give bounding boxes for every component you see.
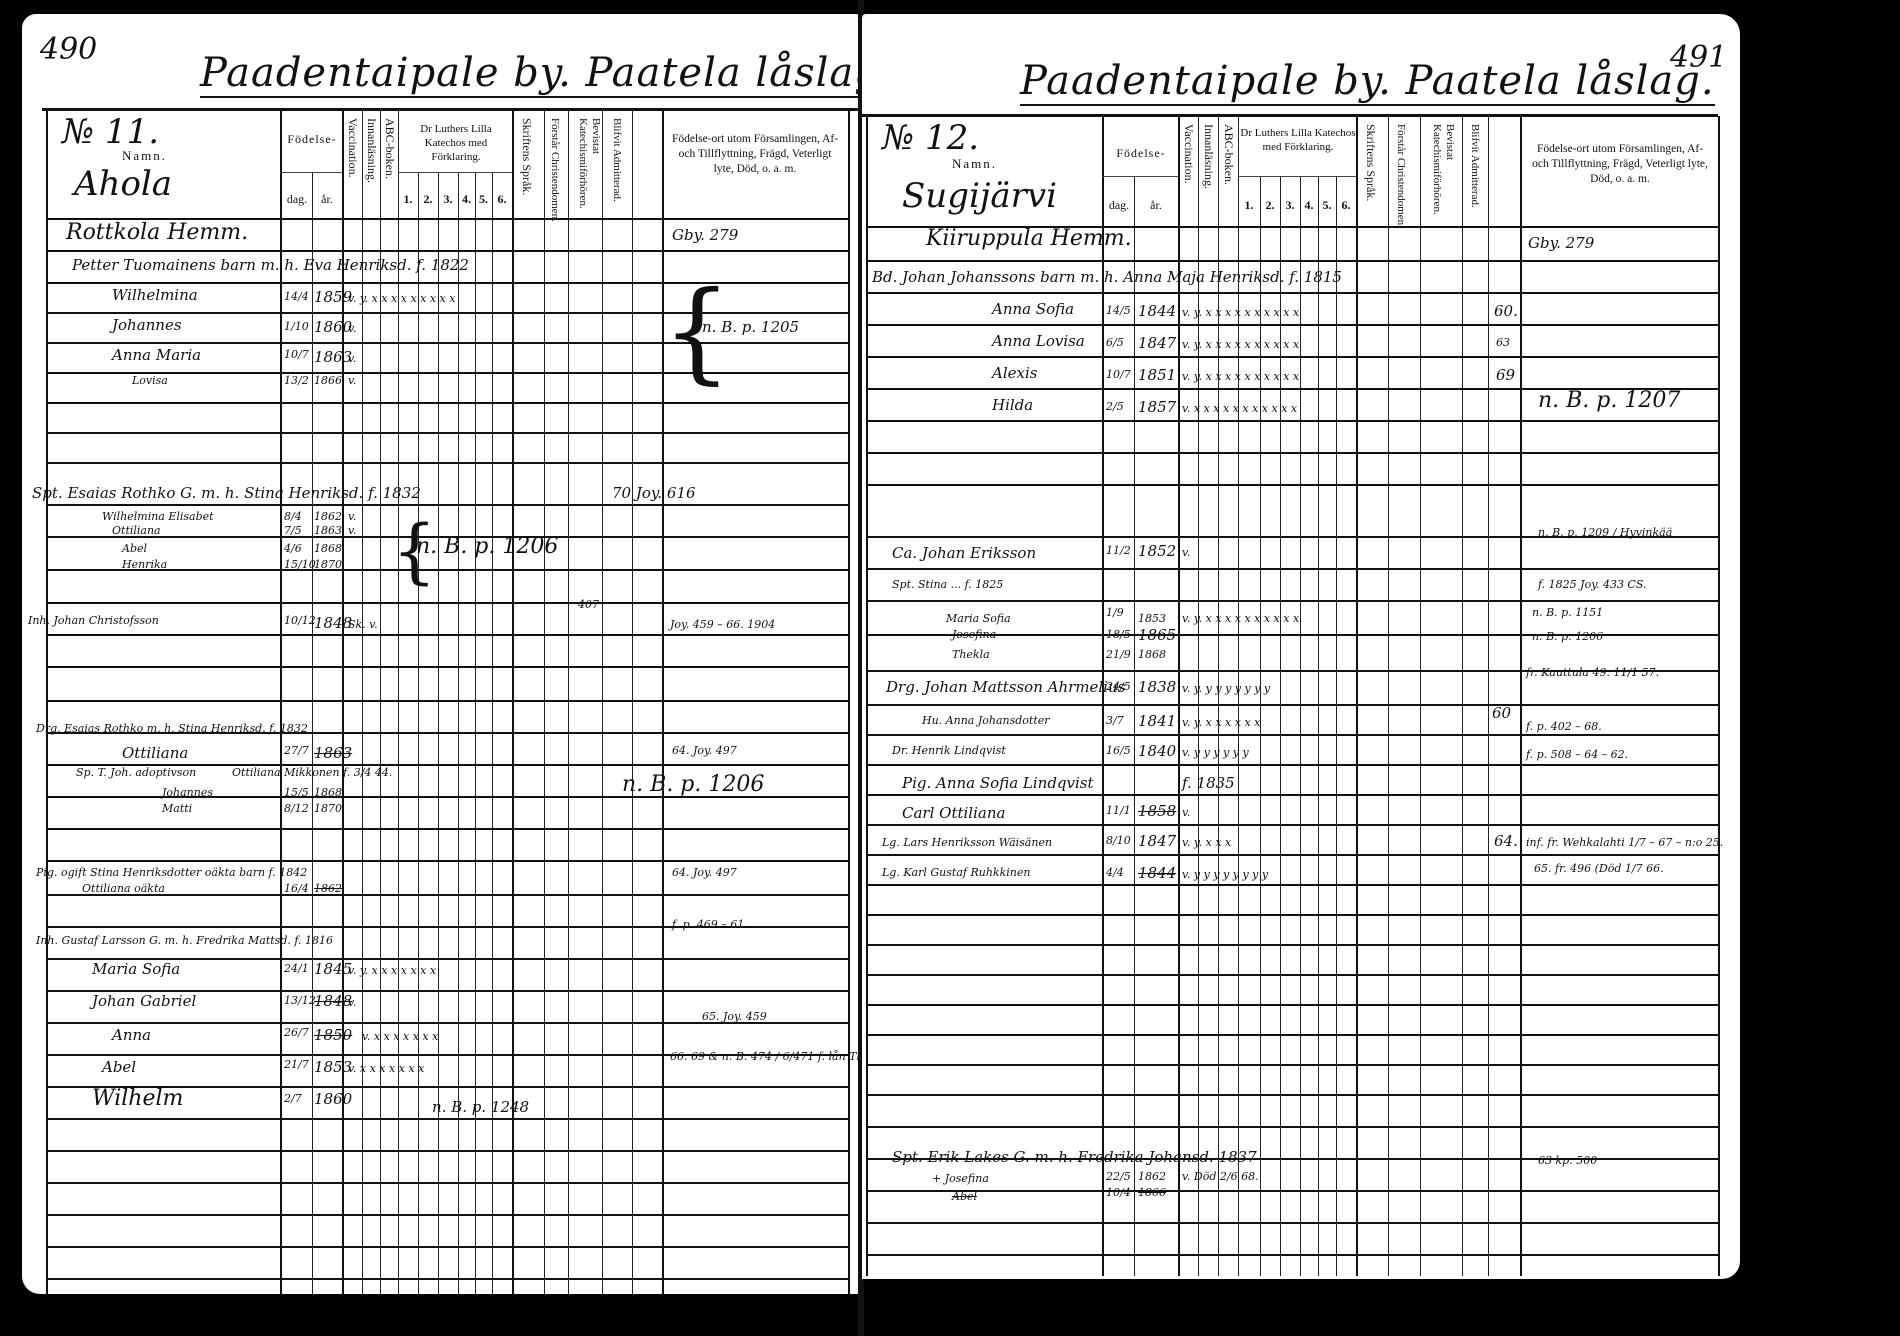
- column-line: [1198, 116, 1199, 1276]
- entry-marks: v. y y y y y y y y: [1182, 868, 1268, 881]
- entry-marks: v. x x x x x x x: [348, 1062, 424, 1075]
- entry-ar: 1840: [1138, 742, 1176, 760]
- row-rule: [866, 1034, 1718, 1036]
- entry-notes: n. B. p. 1151: [1532, 606, 1603, 619]
- entry-name: Anna Maria: [112, 346, 201, 364]
- page-title-left: Paadentaipale by. Paatela låslag.: [200, 50, 860, 98]
- row-rule: [866, 452, 1718, 454]
- row-rule: [866, 600, 1718, 602]
- header-luther: Dr Luthers Lilla Katechos med Förklaring…: [400, 122, 512, 164]
- entry-dag: 27/7: [284, 744, 309, 757]
- entry-name: Drg. Johan Mattsson Ahrmelius: [886, 678, 1125, 696]
- entry-ar: 1863: [314, 524, 342, 537]
- entry-notes: n. B. p. 1248: [432, 1098, 529, 1116]
- entry-name: Johan Gabriel: [92, 992, 196, 1010]
- farm-ref-right: Gby. 279: [1528, 234, 1594, 252]
- surname-left: Ahola: [74, 164, 172, 204]
- entry-name: Henrika: [122, 558, 167, 571]
- entry-ar: 1845: [314, 960, 352, 978]
- entry-dag: 18/5: [1106, 628, 1131, 641]
- entry-dag: 14/5: [1106, 304, 1131, 317]
- entry-marks: Ottiliana Mikkonen f. 3/4 44.: [232, 766, 392, 779]
- row-rule: [866, 1004, 1718, 1006]
- column-line: [1462, 116, 1463, 1276]
- row-rule: [866, 794, 1718, 796]
- entry-name: Ottiliana: [122, 744, 188, 762]
- entry-name: Ottiliana: [112, 524, 161, 537]
- entry-dag: 15/10: [284, 558, 316, 571]
- household-number-right: № 12.: [882, 118, 979, 158]
- entry-dag: 11/1: [1106, 804, 1131, 817]
- header-fodelse: Födelse-: [284, 132, 340, 147]
- entry-name: Matti: [162, 802, 192, 815]
- entry-name: + Josefina: [932, 1172, 989, 1185]
- entry-notes: n. B. p. 1206: [622, 772, 764, 797]
- row-rule: [46, 1278, 848, 1280]
- entry-name: Maria Sofia: [946, 612, 1011, 625]
- entry-ar: 1870: [314, 802, 342, 815]
- row-rule: [46, 860, 848, 862]
- header-innanlasning: Innanläsning.: [365, 118, 378, 183]
- entry-notes: 65. Joy. 459: [702, 1010, 767, 1023]
- header-luther-5: 5.: [475, 192, 492, 207]
- header-namn: Namn.: [952, 156, 997, 171]
- entry-name: Spt. Esaias Rothko G. m. h. Stina Henrik…: [32, 484, 421, 502]
- entry-ar: 1853: [314, 1058, 352, 1076]
- header-luther-3: 3.: [1280, 198, 1300, 213]
- entry-ar: 1866: [314, 374, 342, 387]
- header-luther-2: 2.: [418, 192, 438, 207]
- column-line: [1520, 116, 1522, 1276]
- row-rule: [46, 462, 848, 464]
- entry-marks: v. y. y y y y y y y: [1182, 682, 1270, 695]
- entry-name: Abel: [122, 542, 147, 555]
- row-rule: [866, 292, 1718, 294]
- entry-marks: v. y. x x x: [1182, 836, 1231, 849]
- entry-notes: inf. fr. Wehkalahti 1/7 – 67 – n:o 25.: [1526, 836, 1723, 849]
- entry-blifvit: 69: [1496, 366, 1515, 384]
- row-rule: [46, 432, 848, 434]
- entry-name: Hu. Anna Johansdotter: [922, 714, 1050, 727]
- row-rule: [866, 764, 1718, 766]
- header-ar: år.: [1134, 198, 1178, 213]
- column-line: [1238, 116, 1239, 1276]
- entry-name: Wilhelmina: [112, 286, 198, 304]
- header-luther-5: 5.: [1318, 198, 1336, 213]
- entry-notes: n. B. p. 1206: [1532, 630, 1603, 643]
- entry-name: Drg. Esaias Rothko m. h. Stina Henriksd.…: [36, 722, 308, 735]
- header-luther: Dr Luthers Lilla Katechos med Förklaring…: [1240, 126, 1356, 154]
- header-luther-1: 1.: [398, 192, 418, 207]
- column-line: [1356, 116, 1358, 1276]
- entry-ar: 1851: [1138, 366, 1176, 384]
- entry-name: Inh. Gustaf Larsson G. m. h. Fredrika Ma…: [36, 934, 333, 947]
- entry-name: Lg. Lars Henriksson Wäisänen: [882, 836, 1052, 849]
- entry-name: Pig. Anna Sofia Lindqvist: [902, 774, 1094, 792]
- header-luther-3: 3.: [438, 192, 458, 207]
- entry-ar: 1858: [1138, 802, 1176, 820]
- entry-name: Anna Lovisa: [992, 332, 1085, 350]
- entry-blifvit: 60: [1492, 704, 1511, 722]
- row-rule: [46, 666, 848, 668]
- row-rule: [866, 734, 1718, 736]
- row-rule: [46, 602, 848, 604]
- entry-dag: 10/12: [284, 614, 316, 627]
- entry-marks: v. y. x x x x x x: [1182, 716, 1260, 729]
- header-luther-4: 4.: [1300, 198, 1318, 213]
- entry-ar: 1844: [1138, 864, 1176, 882]
- column-line: [362, 110, 363, 1294]
- header-namn: Namn.: [122, 148, 167, 163]
- entry-dag: 2/5: [1106, 400, 1124, 413]
- column-line: [280, 110, 282, 1294]
- entry-notes: n. B. p. 1209 / Hyvinkää: [1538, 526, 1672, 539]
- right-page: 491 Paadentaipale by. Paatela låslag. № …: [862, 14, 1740, 1279]
- row-rule: [866, 884, 1718, 886]
- entry-dag: 16/5: [1106, 744, 1131, 757]
- entry-marks: v.: [1182, 546, 1190, 559]
- entry-notes: fr. Kauttula 49. 11/1 57.: [1526, 666, 1659, 679]
- entry-ar: 1862: [314, 882, 342, 895]
- entry-name: Hilda: [992, 396, 1033, 414]
- entry-name: Abel: [102, 1058, 136, 1076]
- entry-ar: 1859: [314, 288, 352, 306]
- entry-marks: v. y. x x x x x x x x x x: [1182, 612, 1299, 625]
- column-line: [1336, 176, 1337, 1276]
- entry-marks: Sk. v.: [348, 618, 378, 631]
- entry-marks: v.: [348, 322, 356, 335]
- surname-right: Sugijärvi: [902, 176, 1057, 216]
- entry-name: Alexis: [992, 364, 1037, 382]
- entry-marks: v. y. x x x x x x x x x: [348, 292, 455, 305]
- row-rule: [866, 356, 1718, 358]
- row-rule: [46, 1150, 848, 1152]
- entry-marks: v. y y y y y y: [1182, 746, 1249, 759]
- entry-ar: 1868: [314, 786, 342, 799]
- entry-notes: 65. fr. 496 (Död 1/7 66.: [1534, 862, 1664, 875]
- column-line: [1388, 116, 1389, 1276]
- entry-dag: 21/7: [284, 1058, 309, 1071]
- header-vaccination: Vaccination.: [1182, 124, 1195, 184]
- entry-dag: 24/5: [1106, 680, 1131, 693]
- entry-ar: 1870: [314, 558, 342, 571]
- entry-name: Maria Sofia: [92, 960, 180, 978]
- entry-dag: 16/4: [284, 882, 309, 895]
- entry-name: Ca. Johan Eriksson: [892, 544, 1036, 562]
- entry-ar: 1860: [314, 1090, 352, 1108]
- entry-dag: 14/4: [284, 290, 309, 303]
- entry-name: Abel: [952, 1190, 977, 1203]
- entry-bevistat: 407: [578, 598, 599, 611]
- entry-dag: 4/4: [1106, 866, 1124, 879]
- entry-ar: f. 1835: [1182, 774, 1235, 792]
- entry-name: Pig. ogift Stina Henriksdotter oäkta bar…: [36, 866, 307, 879]
- entry-ar: 1866: [1138, 1186, 1166, 1199]
- entry-ar: 1852: [1138, 542, 1176, 560]
- entry-name: Wilhelm: [92, 1086, 183, 1111]
- entry-ar: 1847: [1138, 832, 1176, 850]
- row-rule: [46, 894, 848, 896]
- entry-notes: n. B. p. 1205: [702, 318, 799, 336]
- header-forstar: Förstår Christendomen.: [1394, 124, 1407, 234]
- entry-dag: 22/5: [1106, 1170, 1131, 1183]
- entry-marks: v. Död 2/6 68.: [1182, 1170, 1259, 1183]
- column-line: [1488, 116, 1489, 1276]
- header-bevistat: Bevistat Katechismiförhören.: [1430, 124, 1456, 234]
- entry-name: Spt. Stina ... f. 1825: [892, 578, 1003, 591]
- entry-name: Johannes: [162, 786, 213, 799]
- entry-name: Thekla: [952, 648, 990, 661]
- header-blifvit: Blifvit Admitterad.: [610, 118, 623, 228]
- entry-dag: 1/10: [284, 320, 309, 333]
- column-line: [866, 116, 868, 1276]
- entry-notes: n. B. p. 1206: [416, 534, 558, 559]
- column-line: [46, 110, 48, 1294]
- column-line: [1420, 116, 1421, 1276]
- entry-dag: 10/4: [1106, 1186, 1131, 1199]
- row-rule: [866, 568, 1718, 570]
- entry-name: Lg. Karl Gustaf Ruhkkinen: [882, 866, 1030, 879]
- header-innanlasning: Innanläsning.: [1202, 124, 1215, 189]
- entry-notes: n. B. p. 1207: [1538, 388, 1680, 413]
- entry-name: Anna: [112, 1026, 151, 1044]
- row-rule: [866, 324, 1718, 326]
- row-rule: [866, 854, 1718, 856]
- entry-name: Ottiliana oäkta: [82, 882, 165, 895]
- entry-marks: v. y. x x x x x x x: [348, 964, 436, 977]
- entry-ar: 1865: [1138, 626, 1176, 644]
- column-line: [1218, 116, 1219, 1276]
- entry-marks: v.: [348, 352, 356, 365]
- farm-right: Kiiruppula Hemm.: [926, 226, 1132, 251]
- entry-ar: 1844: [1138, 302, 1176, 320]
- entry-name: Johannes: [112, 316, 182, 334]
- row-rule: [46, 1118, 848, 1120]
- entry-dag: 13/12: [284, 994, 316, 1007]
- header-dag: dag.: [282, 192, 312, 207]
- entry-ar: 1857: [1138, 398, 1176, 416]
- entry-notes: f. p. 402 – 68.: [1526, 720, 1602, 733]
- row-rule: [46, 1182, 848, 1184]
- column-line: [602, 110, 603, 1294]
- row-rule: [46, 1246, 848, 1248]
- subheader-rule: [280, 172, 342, 173]
- entry-notes: Joy. 459 – 66. 1904: [670, 618, 775, 631]
- column-line: [848, 110, 850, 1294]
- row-rule: [866, 1064, 1718, 1066]
- column-line: [632, 110, 633, 1294]
- entry-ar: 1853: [1138, 612, 1166, 625]
- entry-dag: 10/7: [284, 348, 309, 361]
- header-abc-boken: ABC-boken.: [383, 118, 396, 179]
- header-skriftens-sprak: Skriftens Språk.: [520, 118, 533, 195]
- entry-marks: v.: [348, 524, 356, 537]
- header-ar: år.: [312, 192, 342, 207]
- page-number-left: 490: [40, 32, 97, 67]
- entry-name: Bd. Johan Johanssons barn m. h. Anna Maj…: [872, 268, 1342, 286]
- entry-ar: 1848: [314, 992, 352, 1010]
- entry-notes: 64. Joy. 497: [672, 744, 737, 757]
- entry-blifvit: 63: [1496, 336, 1510, 349]
- entry-dag: 21/9: [1106, 648, 1131, 661]
- entry-notes: 64. Joy. 497: [672, 866, 737, 879]
- entry-dag: 15/5: [284, 786, 309, 799]
- entry-dag: 6/5: [1106, 336, 1124, 349]
- entry-marks: v. x x x x x x x: [362, 1030, 438, 1043]
- column-line: [1318, 176, 1319, 1276]
- entry-dag: 7/5: [284, 524, 302, 537]
- entry-blifvit: 64.: [1494, 832, 1518, 850]
- entry-notes: 63 kp. 500: [1538, 1154, 1597, 1167]
- entry-marks: v.: [348, 996, 356, 1009]
- header-notes: Födelse-ort utom Församlingen, Af- och T…: [1528, 142, 1712, 187]
- farm-left: Rottkola Hemm.: [66, 220, 248, 245]
- entry-marks: v. y. x x x x x x x x x x: [1182, 338, 1299, 351]
- entry-blifvit: 60.: [1494, 302, 1518, 320]
- header-luther-1: 1.: [1238, 198, 1260, 213]
- row-rule: [866, 420, 1718, 422]
- header-blifvit: Blifvit Admitterad.: [1468, 124, 1481, 234]
- entry-dag: 1/9: [1106, 606, 1124, 619]
- entry-name: Anna Sofia: [992, 300, 1074, 318]
- header-abc-boken: ABC-boken.: [1222, 124, 1235, 185]
- entry-name: Inh. Johan Christofsson: [28, 614, 159, 627]
- row-rule: [46, 828, 848, 830]
- entry-name: Wilhelmina Elisabet: [102, 510, 214, 523]
- row-rule: [46, 504, 848, 506]
- entry-dag: 3/7: [1106, 714, 1124, 727]
- header-bevistat: Bevistat Katechismiförhören.: [576, 118, 602, 228]
- entry-name: Lovisa: [132, 374, 168, 387]
- entry-marks: v. x x x x x x x x x x x: [1182, 402, 1297, 415]
- column-line: [512, 110, 514, 1294]
- entry-ar: 1862: [314, 510, 342, 523]
- entry-dag: 2/7: [284, 1092, 302, 1105]
- entry-name: Josefina: [952, 628, 996, 641]
- row-rule: [46, 1214, 848, 1216]
- header-forstar: Förstår Christendomen.: [548, 118, 561, 228]
- entry-ar: 1863: [314, 744, 352, 762]
- entry-ar: 1848: [314, 614, 352, 632]
- entry-marks: v. y. x x x x x x x x x x: [1182, 306, 1299, 319]
- entry-dag: 4/6: [284, 542, 302, 555]
- entry-dag: 11/2: [1106, 544, 1131, 557]
- entry-notes: 66. 69 & n. B. 474 / 6/471 f. lån Tiu Su…: [670, 1050, 860, 1063]
- entry-ar: 1841: [1138, 712, 1176, 730]
- row-rule: [866, 944, 1718, 946]
- row-rule: [866, 1126, 1718, 1128]
- column-line: [1134, 176, 1135, 1276]
- header-notes: Födelse-ort utom Församlingen, Af- och T…: [670, 132, 840, 177]
- entry-ar: 1847: [1138, 334, 1176, 352]
- entry-name: Dr. Henrik Lindqvist: [892, 744, 1006, 757]
- row-rule: [866, 1190, 1718, 1192]
- header-luther-6: 6.: [1336, 198, 1356, 213]
- left-page: 490 Paadentaipale by. Paatela låslag. № …: [22, 14, 860, 1294]
- row-rule: [866, 974, 1718, 976]
- entry-ar: 1850: [314, 1026, 352, 1044]
- entry-notes: 70 Joy. 616: [612, 484, 696, 502]
- row-rule: [866, 1254, 1718, 1256]
- header-luther-4: 4.: [458, 192, 475, 207]
- entry-ar: 1862: [1138, 1170, 1166, 1183]
- entry-notes: f. 1825 Joy. 433 CS.: [1538, 578, 1647, 591]
- row-rule: [46, 250, 848, 252]
- subheader-rule: [1238, 176, 1356, 177]
- entry-ar: 1838: [1138, 678, 1176, 696]
- header-luther-6: 6.: [492, 192, 512, 207]
- farm-ref-left: Gby. 279: [672, 226, 738, 244]
- row-rule: [46, 634, 848, 636]
- row-rule: [866, 704, 1718, 706]
- row-rule: [866, 1094, 1718, 1096]
- entry-ar: 1860: [314, 318, 352, 336]
- column-line: [380, 110, 381, 1294]
- column-line: [398, 110, 399, 1294]
- entry-marks: v. y. x x x x x x x x x x: [1182, 370, 1299, 383]
- header-fodelse: Födelse-: [1106, 146, 1176, 161]
- row-rule: [46, 402, 848, 404]
- column-line: [544, 110, 545, 1294]
- row-rule: [866, 260, 1718, 262]
- entry-marks: v.: [348, 374, 356, 387]
- header-vaccination: Vaccination.: [346, 118, 359, 178]
- entry-name: Petter Tuomainens barn m. h. Eva Henriks…: [72, 256, 469, 274]
- entry-dag: 8/10: [1106, 834, 1131, 847]
- column-line: [1178, 116, 1180, 1276]
- row-rule: [866, 484, 1718, 486]
- header-dag: dag.: [1104, 198, 1134, 213]
- row-rule: [866, 824, 1718, 826]
- entry-dag: 13/2: [284, 374, 309, 387]
- row-rule: [46, 700, 848, 702]
- entry-notes: f. p. 508 – 64 – 62.: [1526, 748, 1628, 761]
- entry-ar: 1868: [314, 542, 342, 555]
- entry-dag: 26/7: [284, 1026, 309, 1039]
- entry-marks: v.: [1182, 806, 1190, 819]
- column-line: [1300, 176, 1301, 1276]
- entry-name: Carl Ottiliana: [902, 804, 1005, 822]
- entry-ar: 1868: [1138, 648, 1166, 661]
- header-rule: [862, 114, 1718, 117]
- entry-dag: 8/4: [284, 510, 302, 523]
- entry-notes: f. p. 469 – 61.: [672, 918, 748, 931]
- column-line: [568, 110, 569, 1294]
- column-line: [1102, 116, 1104, 1276]
- column-line: [1718, 116, 1720, 1276]
- page-title-right: Paadentaipale by. Paatela låslag.: [1020, 58, 1715, 106]
- entry-name: Spt. Erik Lakes G. m. h. Fredrika Johans…: [892, 1148, 1257, 1166]
- row-rule: [866, 1222, 1718, 1224]
- entry-dag: 24/1: [284, 962, 309, 975]
- header-rule: [42, 108, 860, 111]
- row-rule: [866, 914, 1718, 916]
- entry-name: Sp. T. Joh. adoptivson: [76, 766, 196, 779]
- subheader-rule: [398, 172, 512, 173]
- subheader-rule: [1102, 176, 1178, 177]
- header-skriftens-sprak: Skriftens Språk.: [1364, 124, 1377, 201]
- household-number-left: № 11.: [62, 112, 159, 152]
- entry-dag: 8/12: [284, 802, 309, 815]
- entry-marks: v.: [348, 510, 356, 523]
- header-luther-2: 2.: [1260, 198, 1280, 213]
- entry-ar: 1863: [314, 348, 352, 366]
- entry-dag: 10/7: [1106, 368, 1131, 381]
